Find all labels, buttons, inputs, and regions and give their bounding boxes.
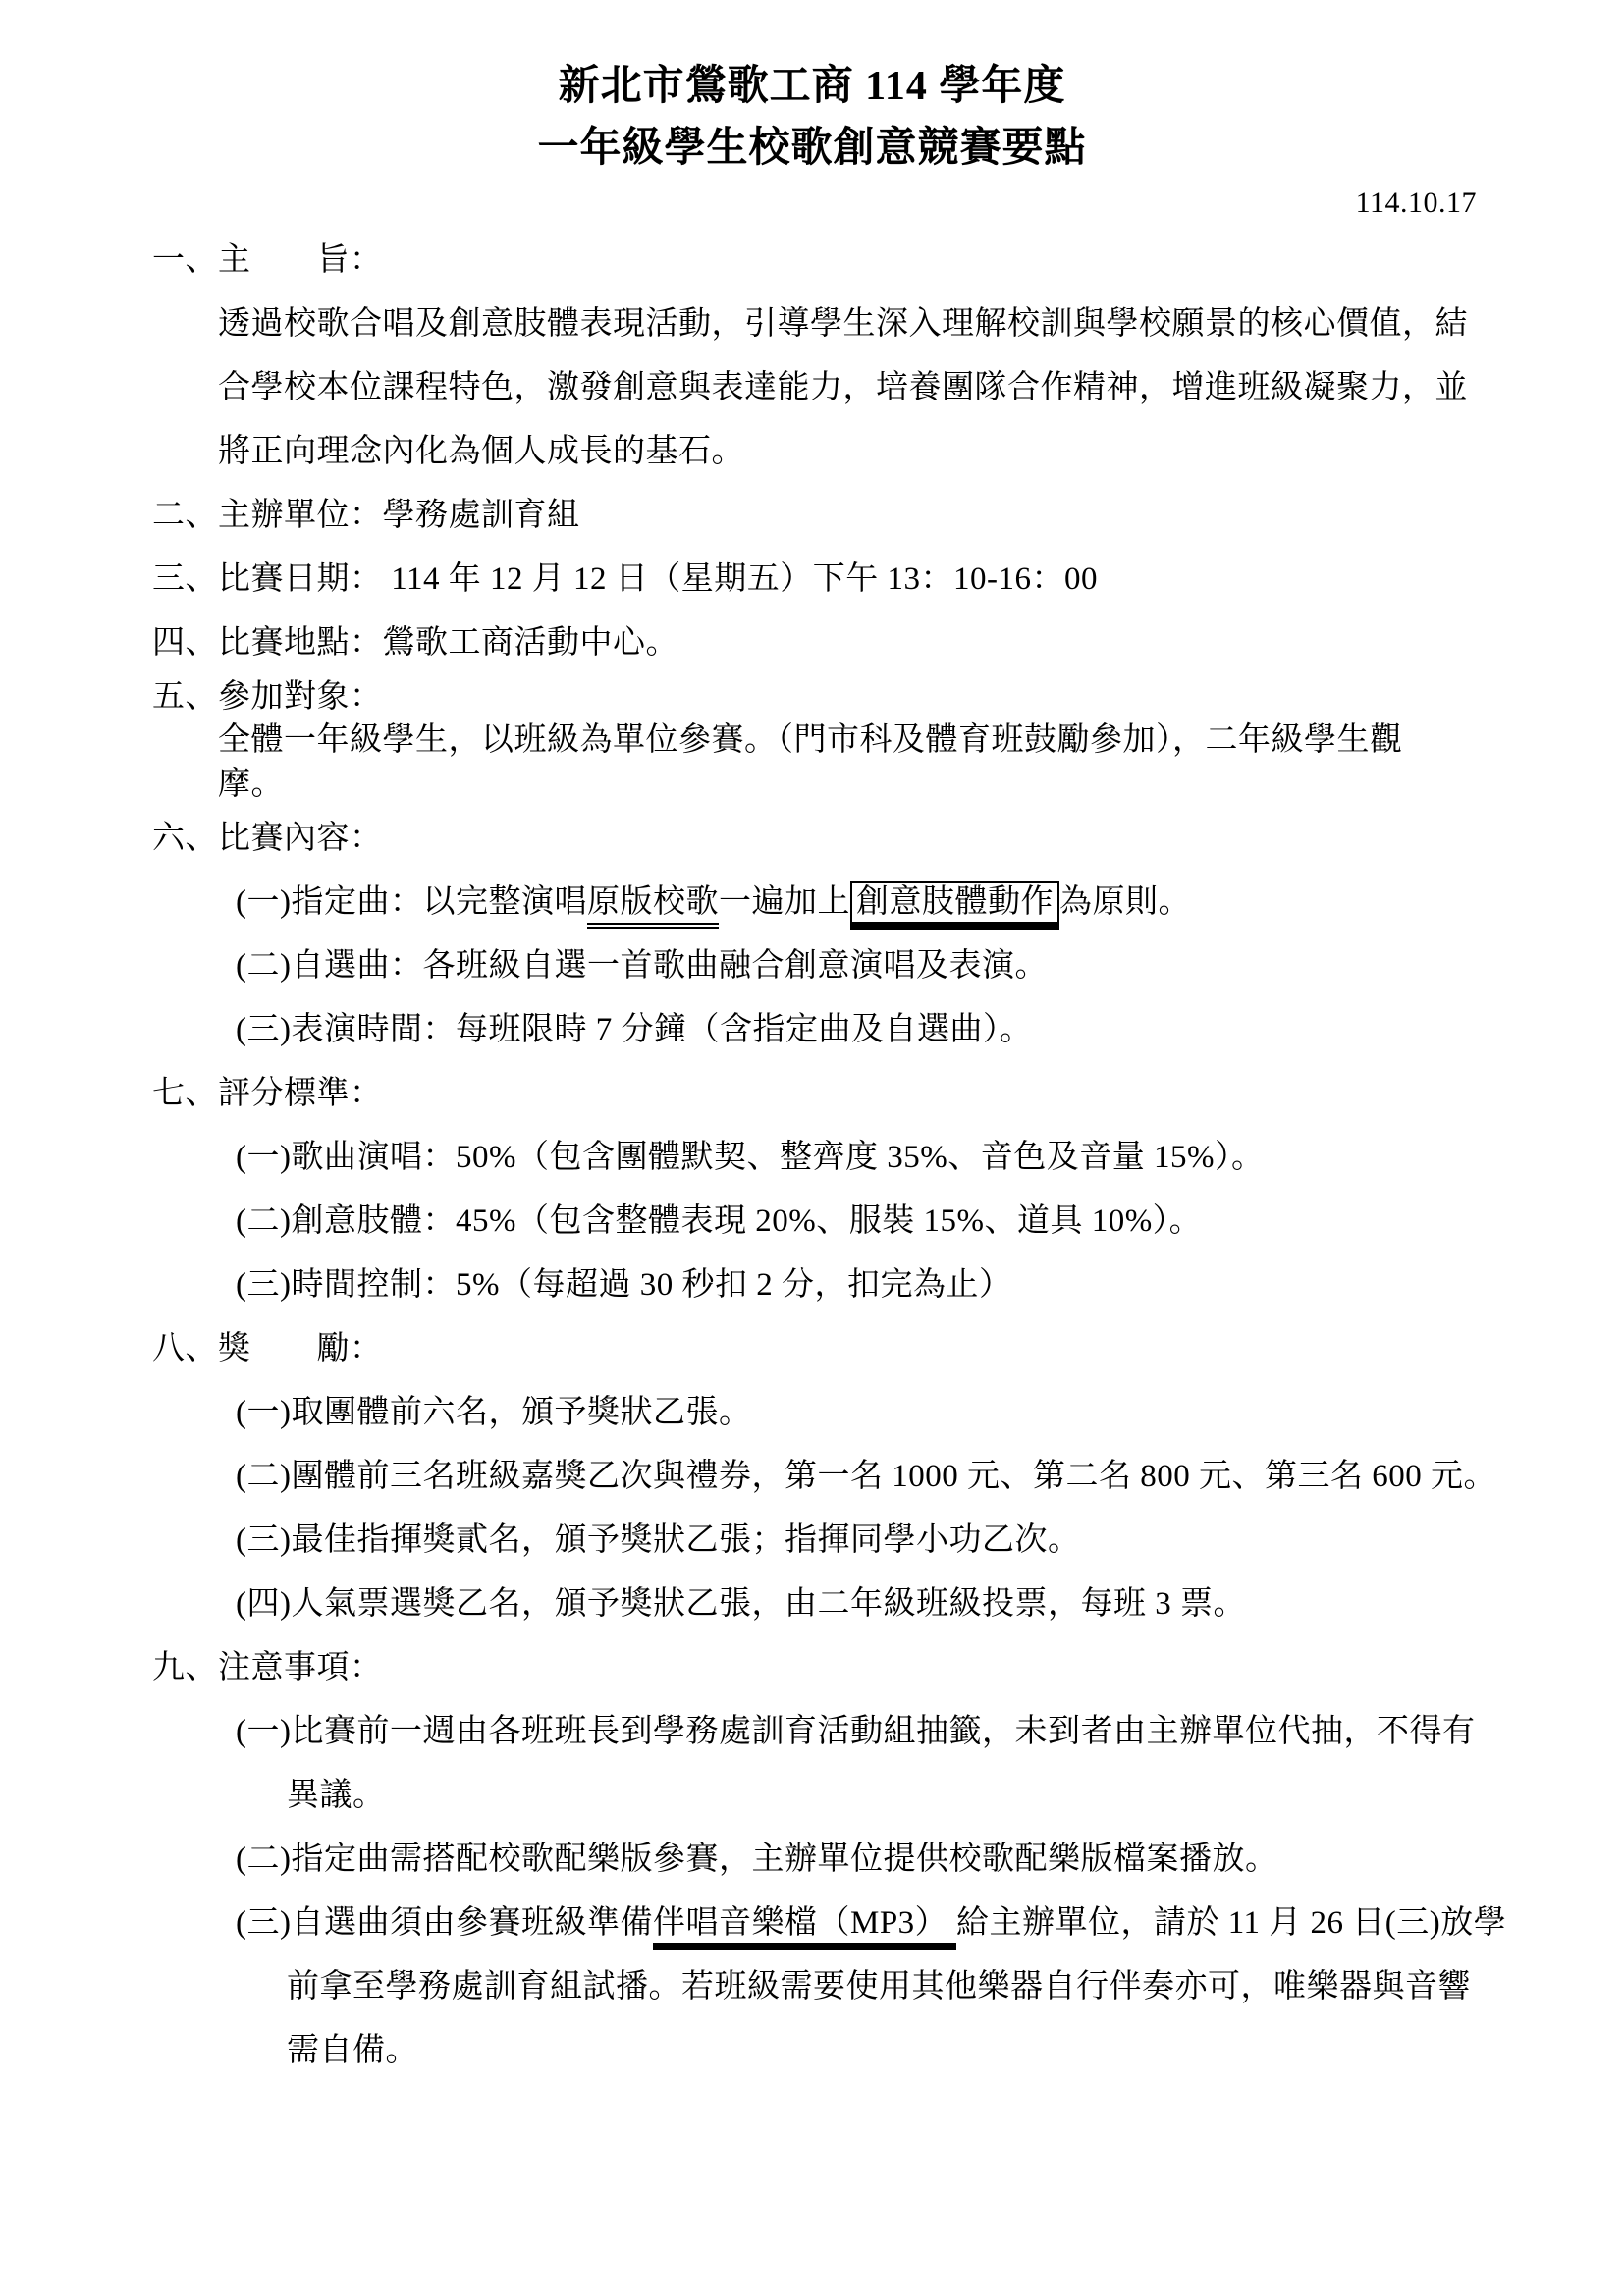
section-9-heading: 九、注意事項： [0, 1636, 1624, 1700]
section-9-item-1-line-2: 異議。 [0, 1764, 1624, 1828]
doc-title-line1: 新北市鶯歌工商 114 學年度 [0, 57, 1624, 121]
section-9-item-3-thick-underline-text: 伴唱音樂檔（MP3） [653, 1905, 956, 1950]
section-9-item-3-post: 給主辦單位，請於 11 月 26 日(三)放學 [956, 1905, 1506, 1941]
section-8-item-1: (一)取團體前六名，頒予獎狀乙張。 [0, 1381, 1624, 1445]
section-1-para-line-2: 合學校本位課程特色，激發創意與表達能力，培養團隊合作精神，增進班級凝聚力，並 [0, 356, 1624, 420]
section-1-heading: 一、主 旨： [0, 229, 1624, 293]
document-page: 新北市鶯歌工商 114 學年度 一年級學生校歌創意競賽要點 114.10.17 … [0, 0, 1624, 2296]
section-4-text: 四、比賽地點：鶯歌工商活動中心。 [0, 612, 1624, 675]
doc-title-line2: 一年級學生校歌創意競賽要點 [0, 121, 1624, 182]
section-9-item-2: (二)指定曲需搭配校歌配樂版參賽，主辦單位提供校歌配樂版檔案播放。 [0, 1828, 1624, 1892]
section-9-item-3-line-1: (三)自選曲須由參賽班級準備伴唱音樂檔（MP3） 給主辦單位，請於 11 月 2… [0, 1892, 1624, 1955]
section-1-para-line-1: 透過校歌合唱及創意肢體表現活動，引導學生深入理解校訓與學校願景的核心價值，結 [0, 293, 1624, 356]
section-9-item-3-line-3: 需自備。 [0, 2019, 1624, 2083]
section-8-heading: 八、獎 勵： [0, 1317, 1624, 1381]
section-7-heading: 七、評分標準： [0, 1062, 1624, 1126]
section-6-item-1: (一)指定曲：以完整演唱原版校歌一遍加上創意肢體動作為原則。 [0, 871, 1624, 934]
section-8-item-4: (四)人氣票選獎乙名，頒予獎狀乙張，由二年級班級投票，每班 3 票。 [0, 1573, 1624, 1636]
section-5-heading: 五、參加對象： [0, 675, 1624, 719]
section-5-line-1: 全體一年級學生，以班級為單位參賽。（門市科及體育班鼓勵參加），二年級學生觀 [0, 719, 1624, 763]
section-6-item-1-mid: 一遍加上 [719, 884, 850, 920]
section-1-para-line-3: 將正向理念內化為個人成長的基石。 [0, 420, 1624, 484]
section-3-text: 三、比賽日期： 114 年 12 月 12 日（星期五）下午 13：10-16：… [0, 548, 1624, 612]
section-6-item-1-post: 為原則。 [1059, 884, 1191, 920]
section-7-item-3: (三)時間控制：5%（每超過 30 秒扣 2 分，扣完為止） [0, 1254, 1624, 1317]
section-9-item-1-line-1: (一)比賽前一週由各班班長到學務處訓育活動組抽籤，未到者由主辦單位代抽，不得有 [0, 1700, 1624, 1764]
section-6-item-1-pre: (一)指定曲：以完整演唱 [236, 884, 587, 920]
doc-date: 114.10.17 [0, 182, 1624, 229]
section-6-item-1-boxed-text: 創意肢體動作 [850, 881, 1059, 924]
section-7-item-1: (一)歌曲演唱：50%（包含團體默契、整齊度 35%、音色及音量 15%）。 [0, 1126, 1624, 1190]
section-9-item-3-line-2: 前拿至學務處訓育組試播。若班級需要使用其他樂器自行伴奏亦可，唯樂器與音響 [0, 1955, 1624, 2019]
section-9-item-3-pre: (三)自選曲須由參賽班級準備 [236, 1905, 653, 1941]
section-6-item-2: (二)自選曲：各班級自選一首歌曲融合創意演唱及表演。 [0, 934, 1624, 998]
section-8-item-3: (三)最佳指揮獎貳名，頒予獎狀乙張；指揮同學小功乙次。 [0, 1509, 1624, 1573]
section-6-heading: 六、比賽內容： [0, 807, 1624, 871]
section-6-item-1-double-underline-text: 原版校歌 [587, 884, 719, 929]
section-8-item-2: (二)團體前三名班級嘉獎乙次與禮券，第一名 1000 元、第二名 800 元、第… [0, 1445, 1624, 1509]
section-2-text: 二、主辦單位：學務處訓育組 [0, 484, 1624, 548]
section-6-item-3: (三)表演時間：每班限時 7 分鐘（含指定曲及自選曲）。 [0, 998, 1624, 1062]
section-7-item-2: (二)創意肢體：45%（包含整體表現 20%、服裝 15%、道具 10%）。 [0, 1190, 1624, 1254]
section-5-line-2: 摩。 [0, 763, 1624, 807]
